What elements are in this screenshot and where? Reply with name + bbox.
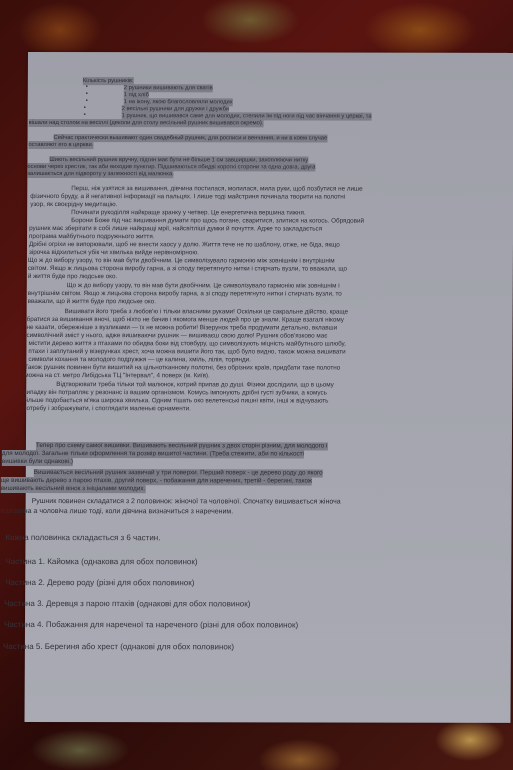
paragraph-line: потребу і зображувати, і споглядати мале… — [23, 405, 191, 413]
paper-sheet: Кількість рушників: • 2 рушники вишивают… — [24, 52, 513, 723]
paragraph-line: Рушник повинен складатися з 2 половинок:… — [32, 498, 341, 507]
highlighted-line: вишивки були однакові.) — [2, 458, 73, 466]
sewing-line: залишається для підвороту у залежності в… — [27, 170, 174, 178]
parts-intro: Кожна половинка складається з 6 частин. — [5, 533, 160, 543]
document-content: Кількість рушників: • 2 рушники вишивают… — [24, 52, 513, 723]
note-line: оставляют его в церкви. — [28, 141, 93, 149]
part-item: Частина 3. Деревця з парою птахів (однак… — [4, 599, 250, 609]
bullet-icon: • — [86, 91, 88, 97]
part-item: Частина 2. Дерево роду (різні для обох п… — [5, 578, 194, 588]
paragraph-line: узор, як своєрідну медитацію. — [30, 201, 117, 209]
paragraph-line: зірочка відхилиться убік чи хвилька вийд… — [29, 249, 199, 257]
bullet-icon: • — [84, 112, 86, 118]
bullet-icon: • — [86, 98, 88, 104]
paragraph-line: можна на ст. метро Либідська ТЦ "Інтерва… — [24, 372, 210, 380]
paragraph-line: й життя буде про людське око. — [28, 273, 117, 281]
highlighted-line: вишивають весільний вінок з ініціалами м… — [1, 485, 146, 493]
paragraph-line: програма майбутнього подружнього життя. — [29, 233, 154, 241]
part-item: Частина 5. Берегиня або хрест (однакові … — [3, 642, 234, 652]
paragraph-line: половина а чоловіча лише тоді, коли дівч… — [1, 508, 234, 516]
part-item: Частина 4. Побажання для нареченої та на… — [4, 620, 298, 631]
note-line: Сейчас практически вышивают один свадебн… — [54, 134, 328, 142]
bullet-icon: • — [84, 105, 86, 111]
paragraph-line: вважали, що й життя буде про людське око… — [28, 298, 156, 306]
list-item-continuation: вішали над столом на весіллі (деколи для… — [29, 119, 264, 127]
bullet-icon: • — [86, 84, 88, 90]
part-item: Частина 1. Кайомка (однакова для обох по… — [5, 557, 197, 567]
